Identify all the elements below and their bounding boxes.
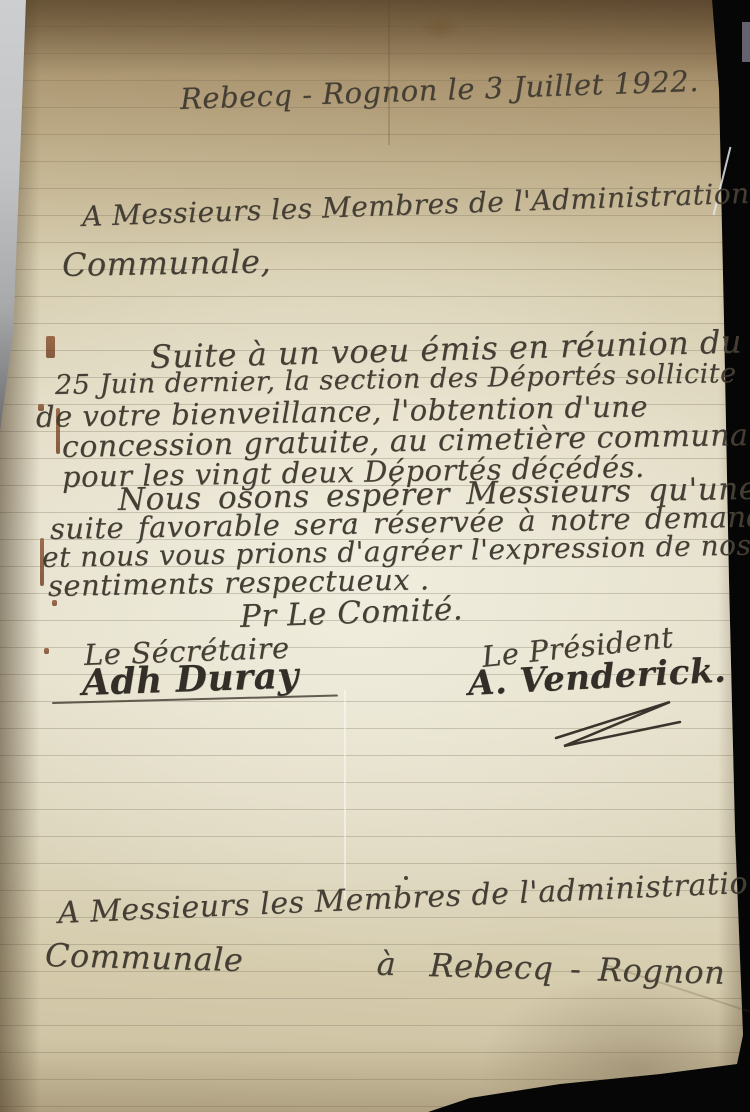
president-paraph-flourish <box>548 696 698 751</box>
rust-staple-mark <box>44 648 49 654</box>
rust-staple-mark <box>46 336 55 358</box>
backdrop-corner-sliver <box>742 22 750 62</box>
salutation-line-2: Communale, <box>62 242 272 284</box>
fold-crease-top <box>388 0 390 145</box>
paper-speck <box>404 876 408 880</box>
fold-crease-middle <box>344 690 346 900</box>
ink-stain <box>420 14 460 40</box>
